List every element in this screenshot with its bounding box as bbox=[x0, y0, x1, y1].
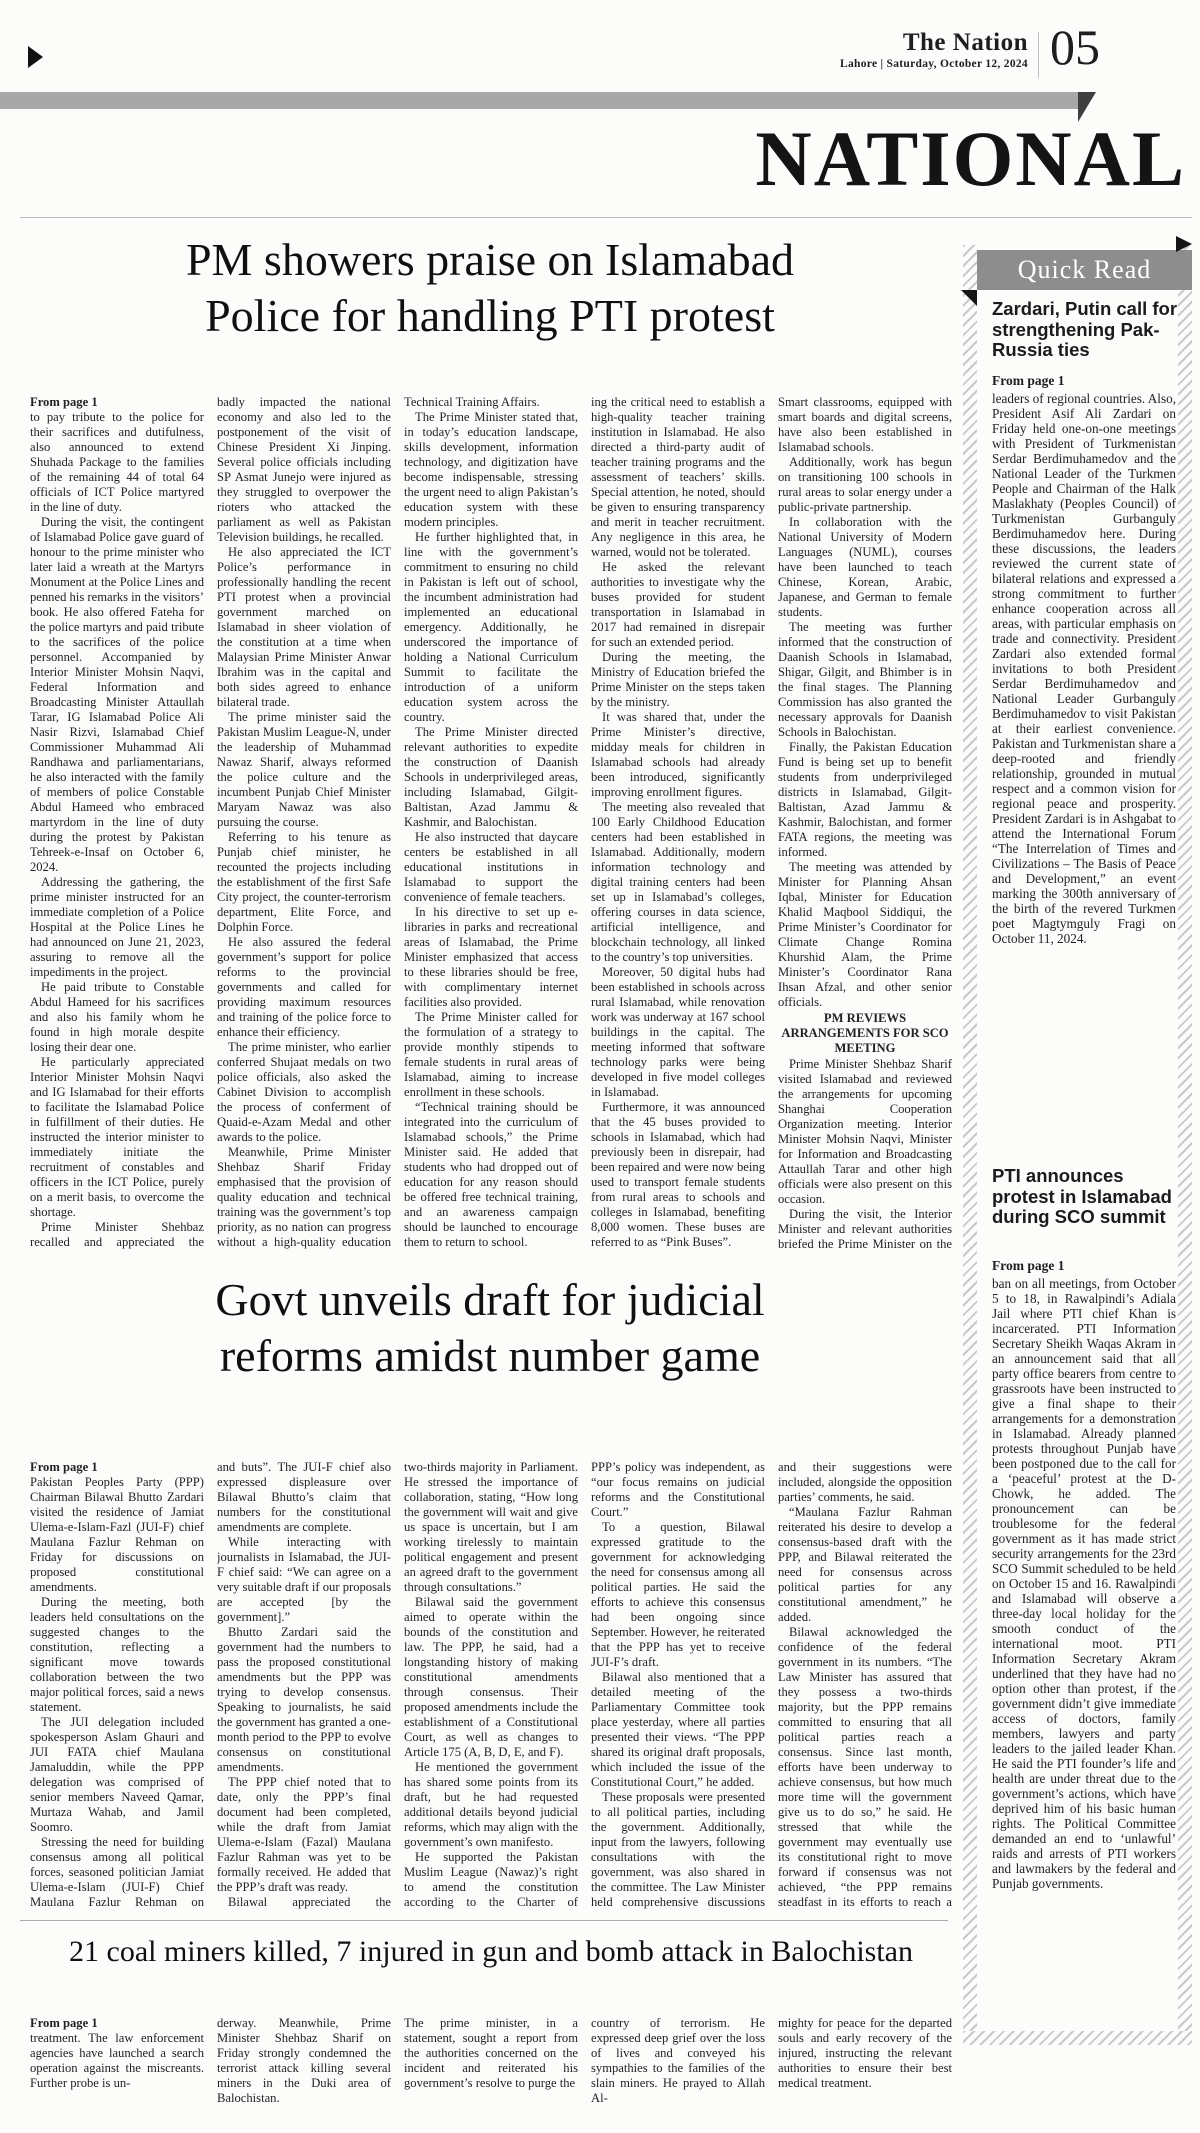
paragraph: During the visit, the Interior Minister … bbox=[778, 1207, 952, 1250]
quick-read-story2-lead: From page 1 bbox=[992, 1258, 1176, 1274]
article1-body: From page 1to pay tribute to the police … bbox=[30, 395, 952, 1250]
header-bar bbox=[0, 92, 1078, 109]
paragraph: ing the critical need to establish a hig… bbox=[591, 395, 765, 560]
newspaper-title: The Nation bbox=[840, 30, 1028, 55]
paragraph: Prime Minister Shehbaz recalled and appr… bbox=[30, 1220, 204, 1250]
quick-read-story1-lead: From page 1 bbox=[992, 373, 1176, 389]
paragraph: He also assured the federal government’s… bbox=[217, 935, 391, 1040]
paragraph: The JUI delegation included spokesperson… bbox=[30, 1715, 204, 1835]
paragraph: During the meeting, the Ministry of Educ… bbox=[591, 650, 765, 710]
article1-headline: PM showers praise on Islamabad Police fo… bbox=[140, 232, 840, 344]
paragraph: He further highlighted that, in line wit… bbox=[404, 530, 578, 725]
quick-read-story2-body: ban on all meetings, from October 5 to 1… bbox=[992, 1276, 1176, 2026]
paragraph: These proposals were presented to all po… bbox=[591, 1790, 765, 1910]
quick-read-bottom-border bbox=[963, 2031, 1192, 2045]
quick-read-story1-headline: Zardari, Putin call for strengthening Pa… bbox=[992, 299, 1180, 361]
paragraph: Bilawal acknowledged the confidence of t… bbox=[778, 1625, 952, 1910]
paragraph: “Maulana Fazlur Rahman reiterated his de… bbox=[778, 1505, 952, 1625]
paragraph: The Prime Minister directed relevant aut… bbox=[404, 725, 578, 830]
article1-column-1: From page 1to pay tribute to the police … bbox=[30, 395, 204, 1250]
paragraph: He mentioned the government has shared s… bbox=[404, 1760, 578, 1850]
quick-read-story1-body: leaders of regional countries. Also, Pre… bbox=[992, 391, 1176, 1141]
article3-body: From page 1treatment. The law enforcemen… bbox=[30, 2016, 952, 2108]
from-page-label: From page 1 bbox=[30, 395, 204, 410]
paragraph: The Prime Minister called for the formul… bbox=[404, 1010, 578, 1100]
paragraph: Smart classrooms, equipped with smart bo… bbox=[778, 395, 952, 455]
article3-column-1: From page 1treatment. The law enforcemen… bbox=[30, 2016, 204, 2108]
paragraph: Pakistan Peoples Party (PPP) Chairman Bi… bbox=[30, 1475, 204, 1595]
quick-read-banner: Quick Read bbox=[977, 250, 1192, 290]
paragraph: mighty for peace for the departed souls … bbox=[778, 2016, 952, 2091]
paragraph: To a question, Bilawal expressed gratitu… bbox=[591, 1520, 765, 1670]
paragraph: country of terrorism. He expressed deep … bbox=[591, 2016, 765, 2106]
paragraph: and buts”. The JUI-F chief also expresse… bbox=[217, 1460, 391, 1535]
paragraph: Meanwhile, Prime Minister Shehbaz Sharif… bbox=[217, 1145, 391, 1250]
article3-column-5: mighty for peace for the departed souls … bbox=[778, 2016, 952, 2108]
article1-column-5: Smart classrooms, equipped with smart bo… bbox=[778, 395, 952, 1250]
article3-rule bbox=[20, 1920, 948, 1921]
article2-column-1: From page 1Pakistan Peoples Party (PPP) … bbox=[30, 1460, 204, 1910]
paragraph: Furthermore, it was announced that the 4… bbox=[591, 1100, 765, 1250]
paragraph: Technical Training Affairs. bbox=[404, 395, 578, 410]
page-number: 05 bbox=[1050, 22, 1100, 72]
from-page-label: From page 1 bbox=[30, 1460, 204, 1475]
article1-column-4: ing the critical need to establish a hig… bbox=[591, 395, 765, 1250]
paragraph: He particularly appreciated Interior Min… bbox=[30, 1055, 204, 1220]
paragraph: PPP’s policy was independent, as “our fo… bbox=[591, 1460, 765, 1520]
paragraph: leaders of regional countries. Also, Pre… bbox=[992, 391, 1176, 946]
paragraph: He paid tribute to Constable Abdul Hamee… bbox=[30, 980, 204, 1055]
paragraph: During the visit, the contingent of Isla… bbox=[30, 515, 204, 875]
page-corner-marker-icon bbox=[28, 46, 43, 68]
paragraph: The prime minister said the Pakistan Mus… bbox=[217, 710, 391, 830]
paragraph: The meeting was attended by Minister for… bbox=[778, 860, 952, 1010]
paragraph: The PPP chief noted that to date, only t… bbox=[217, 1775, 391, 1895]
paragraph: two-thirds majority in Parliament. He st… bbox=[404, 1460, 578, 1595]
paragraph: Bilawal appreciated the government’s wil… bbox=[217, 1895, 391, 1910]
paragraph: It was shared that, under the Prime Mini… bbox=[591, 710, 765, 800]
paragraph: Bilawal said the government aimed to ope… bbox=[404, 1595, 578, 1760]
article3-column-4: country of terrorism. He expressed deep … bbox=[591, 2016, 765, 2108]
quick-read-story2-headline: PTI announces protest in Islamabad durin… bbox=[992, 1166, 1180, 1228]
paragraph: The Prime Minister stated that, in today… bbox=[404, 410, 578, 530]
paragraph: ban on all meetings, from October 5 to 1… bbox=[992, 1276, 1176, 1891]
section-title: NATIONAL bbox=[755, 116, 1186, 202]
paragraph: derway. Meanwhile, Prime Minister Shehba… bbox=[217, 2016, 391, 2106]
section-rule bbox=[20, 217, 1192, 218]
paragraph: badly impacted the national economy and … bbox=[217, 395, 391, 545]
article3-headline: 21 coal miners killed, 7 injured in gun … bbox=[30, 1934, 952, 1970]
paragraph: The prime minister, in a statement, soug… bbox=[404, 2016, 578, 2091]
paragraph: Bilawal also mentioned that a detailed m… bbox=[591, 1670, 765, 1790]
masthead-divider bbox=[1038, 32, 1039, 78]
paragraph: and their suggestions were included, alo… bbox=[778, 1460, 952, 1505]
paragraph: Referring to his tenure as Punjab chief … bbox=[217, 830, 391, 935]
paragraph: Prime Minister Shehbaz Sharif visited Is… bbox=[778, 1057, 952, 1207]
quick-read-left-border bbox=[963, 245, 977, 2045]
paragraph: Moreover, 50 digital hubs had been estab… bbox=[591, 965, 765, 1100]
paragraph: In his directive to set up e-libraries i… bbox=[404, 905, 578, 1010]
paragraph: Bhutto Zardari said the government had t… bbox=[217, 1625, 391, 1775]
from-page-label: From page 1 bbox=[30, 2016, 204, 2031]
paragraph: to pay tribute to the police for their s… bbox=[30, 410, 204, 515]
newspaper-page: The Nation Lahore | Saturday, October 12… bbox=[0, 0, 1200, 2133]
article2-column-2: and buts”. The JUI-F chief also expresse… bbox=[217, 1460, 391, 1910]
paragraph: Addressing the gathering, the prime mini… bbox=[30, 875, 204, 980]
paragraph: Additionally, work has begun on transiti… bbox=[778, 455, 952, 515]
article1-column-2: badly impacted the national economy and … bbox=[217, 395, 391, 1250]
paragraph: The meeting was further informed that th… bbox=[778, 620, 952, 740]
article2-headline: Govt unveils draft for judicial reforms … bbox=[140, 1272, 840, 1384]
paragraph: In collaboration with the National Unive… bbox=[778, 515, 952, 620]
paragraph: treatment. The law enforcement agencies … bbox=[30, 2031, 204, 2091]
paragraph: Stressing the need for building consensu… bbox=[30, 1835, 204, 1910]
article3-column-3: The prime minister, in a statement, soug… bbox=[404, 2016, 578, 2108]
paragraph: He also appreciated the ICT Police’s per… bbox=[217, 545, 391, 710]
paragraph: The prime minister, who earlier conferre… bbox=[217, 1040, 391, 1145]
article1-column-3: Technical Training Affairs.The Prime Min… bbox=[404, 395, 578, 1250]
article3-column-2: derway. Meanwhile, Prime Minister Shehba… bbox=[217, 2016, 391, 2108]
article2-column-3: two-thirds majority in Parliament. He st… bbox=[404, 1460, 578, 1910]
paragraph: Finally, the Pakistan Education Fund is … bbox=[778, 740, 952, 860]
paragraph: He asked the relevant authorities to inv… bbox=[591, 560, 765, 650]
sub-headline: PM REVIEWS ARRANGEMENTS FOR SCO MEETING bbox=[778, 1011, 952, 1056]
paragraph: He supported the Pakistan Muslim League … bbox=[404, 1850, 578, 1910]
quick-read-right-border bbox=[1178, 245, 1192, 2045]
masthead: The Nation Lahore | Saturday, October 12… bbox=[840, 30, 1028, 70]
dateline: Lahore | Saturday, October 12, 2024 bbox=[840, 58, 1028, 70]
paragraph: The meeting also revealed that 100 Early… bbox=[591, 800, 765, 965]
paragraph: He also instructed that daycare centers … bbox=[404, 830, 578, 905]
paragraph: During the meeting, both leaders held co… bbox=[30, 1595, 204, 1715]
article2-column-4: PPP’s policy was independent, as “our fo… bbox=[591, 1460, 765, 1910]
article2-column-5: and their suggestions were included, alo… bbox=[778, 1460, 952, 1910]
paragraph: “Technical training should be integrated… bbox=[404, 1100, 578, 1250]
paragraph: While interacting with journalists in Is… bbox=[217, 1535, 391, 1625]
article2-body: From page 1Pakistan Peoples Party (PPP) … bbox=[30, 1460, 952, 1910]
